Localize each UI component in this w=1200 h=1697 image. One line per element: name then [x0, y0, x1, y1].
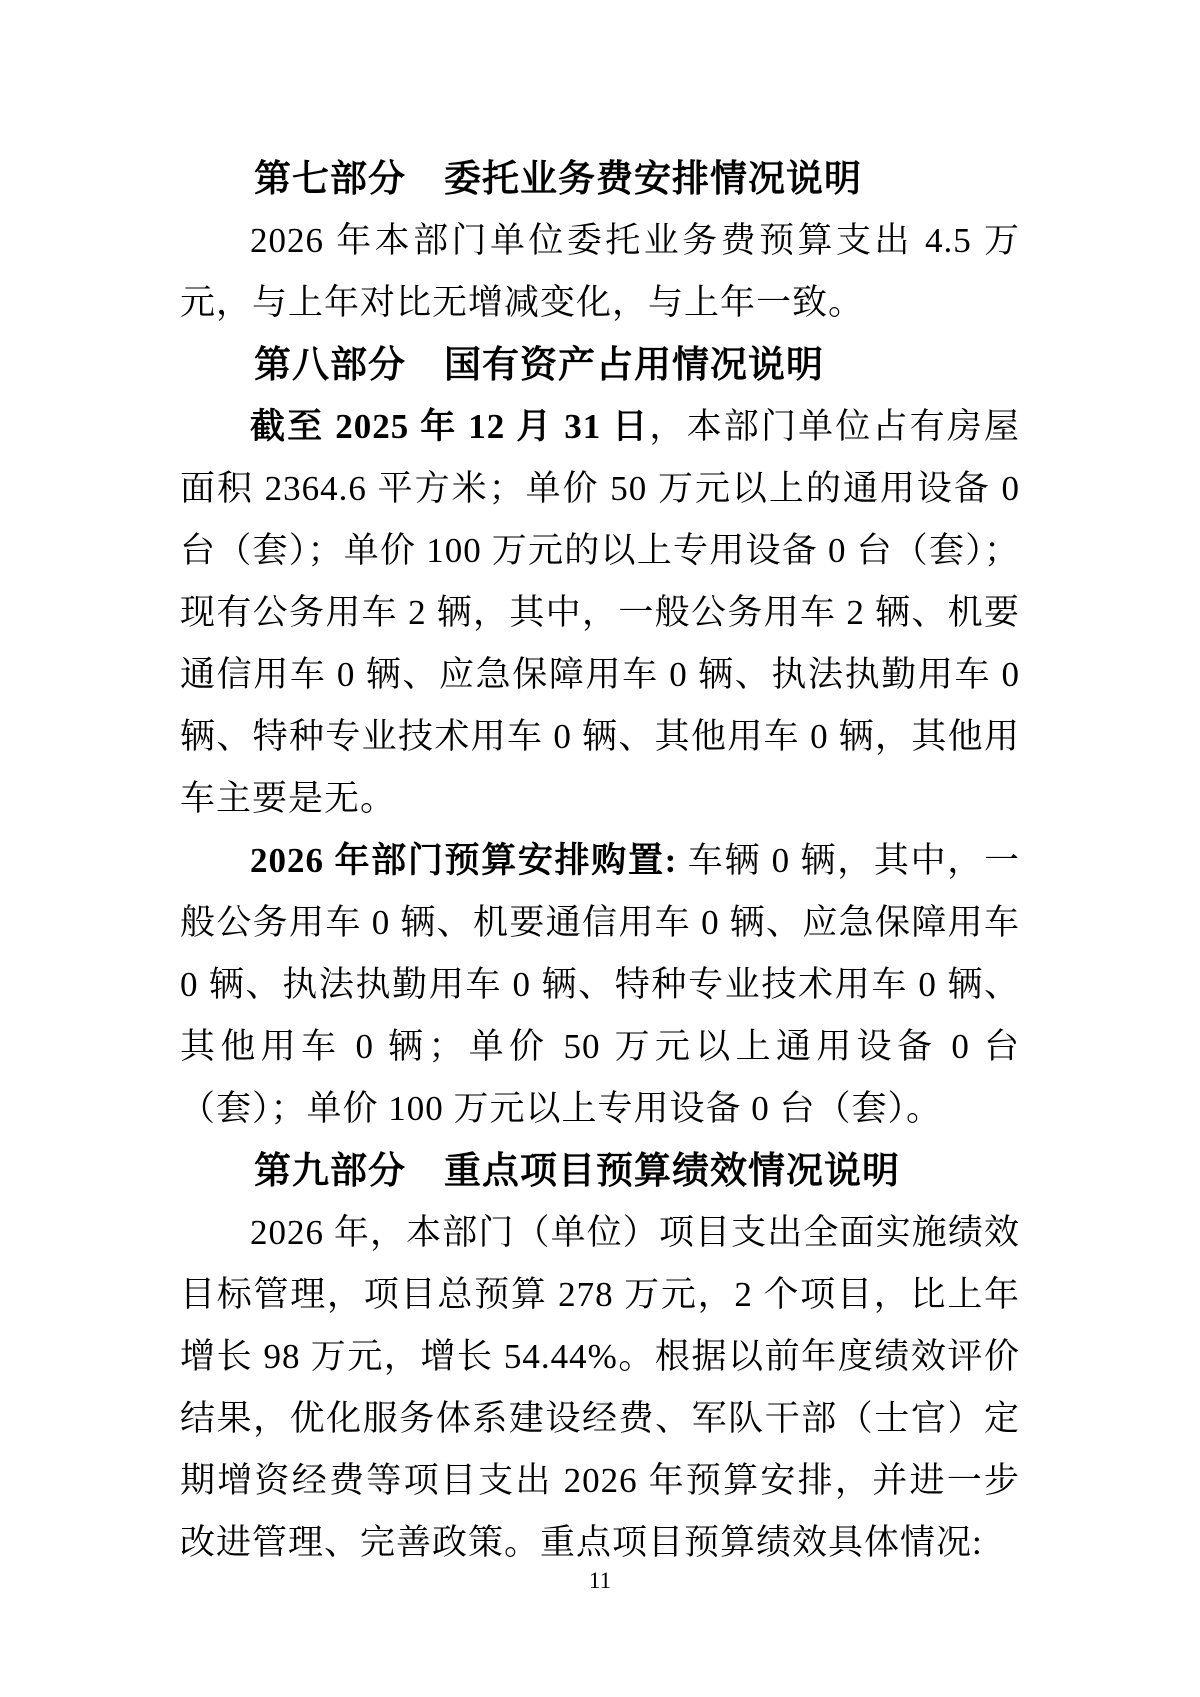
section-8-heading: 第八部分 国有资产占用情况说明 — [180, 334, 1020, 396]
section-7-paragraph-text: 2026 年本部门单位委托业务费预算支出 4.5 万元，与上年对比无增减变化，与… — [180, 221, 1020, 322]
assets-date-bold-run: 截至 2025 年 12 月 31 日 — [250, 407, 649, 446]
document-page: 第七部分 委托业务费安排情况说明 2026 年本部门单位委托业务费预算支出 4.… — [0, 0, 1200, 1697]
section-8-procurement-paragraph: 2026 年部门预算安排购置: 车辆 0 辆，其中，一般公务用车 0 辆、机要通… — [180, 830, 1020, 1140]
section-8-assets-paragraph: 截至 2025 年 12 月 31 日，本部门单位占有房屋面积 2364.6 平… — [180, 396, 1020, 830]
section-9-paragraph: 2026 年，本部门（单位）项目支出全面实施绩效目标管理，项目总预算 278 万… — [180, 1202, 1020, 1574]
section-7-paragraph: 2026 年本部门单位委托业务费预算支出 4.5 万元，与上年对比无增减变化，与… — [180, 210, 1020, 334]
section-7-heading: 第七部分 委托业务费安排情况说明 — [180, 148, 1020, 210]
page-number: 11 — [0, 1566, 1200, 1596]
procurement-lead-bold-run: 2026 年部门预算安排购置: — [250, 841, 677, 880]
section-9-heading: 第九部分 重点项目预算绩效情况说明 — [180, 1140, 1020, 1202]
procurement-paragraph-text: 车辆 0 辆，其中，一般公务用车 0 辆、机要通信用车 0 辆、应急保障用车 0… — [180, 841, 1030, 1128]
assets-paragraph-text: ，本部门单位占有房屋面积 2364.6 平方米；单价 50 万元以上的通用设备 … — [180, 407, 1030, 818]
performance-paragraph-text: 2026 年，本部门（单位）项目支出全面实施绩效目标管理，项目总预算 278 万… — [180, 1213, 1020, 1562]
